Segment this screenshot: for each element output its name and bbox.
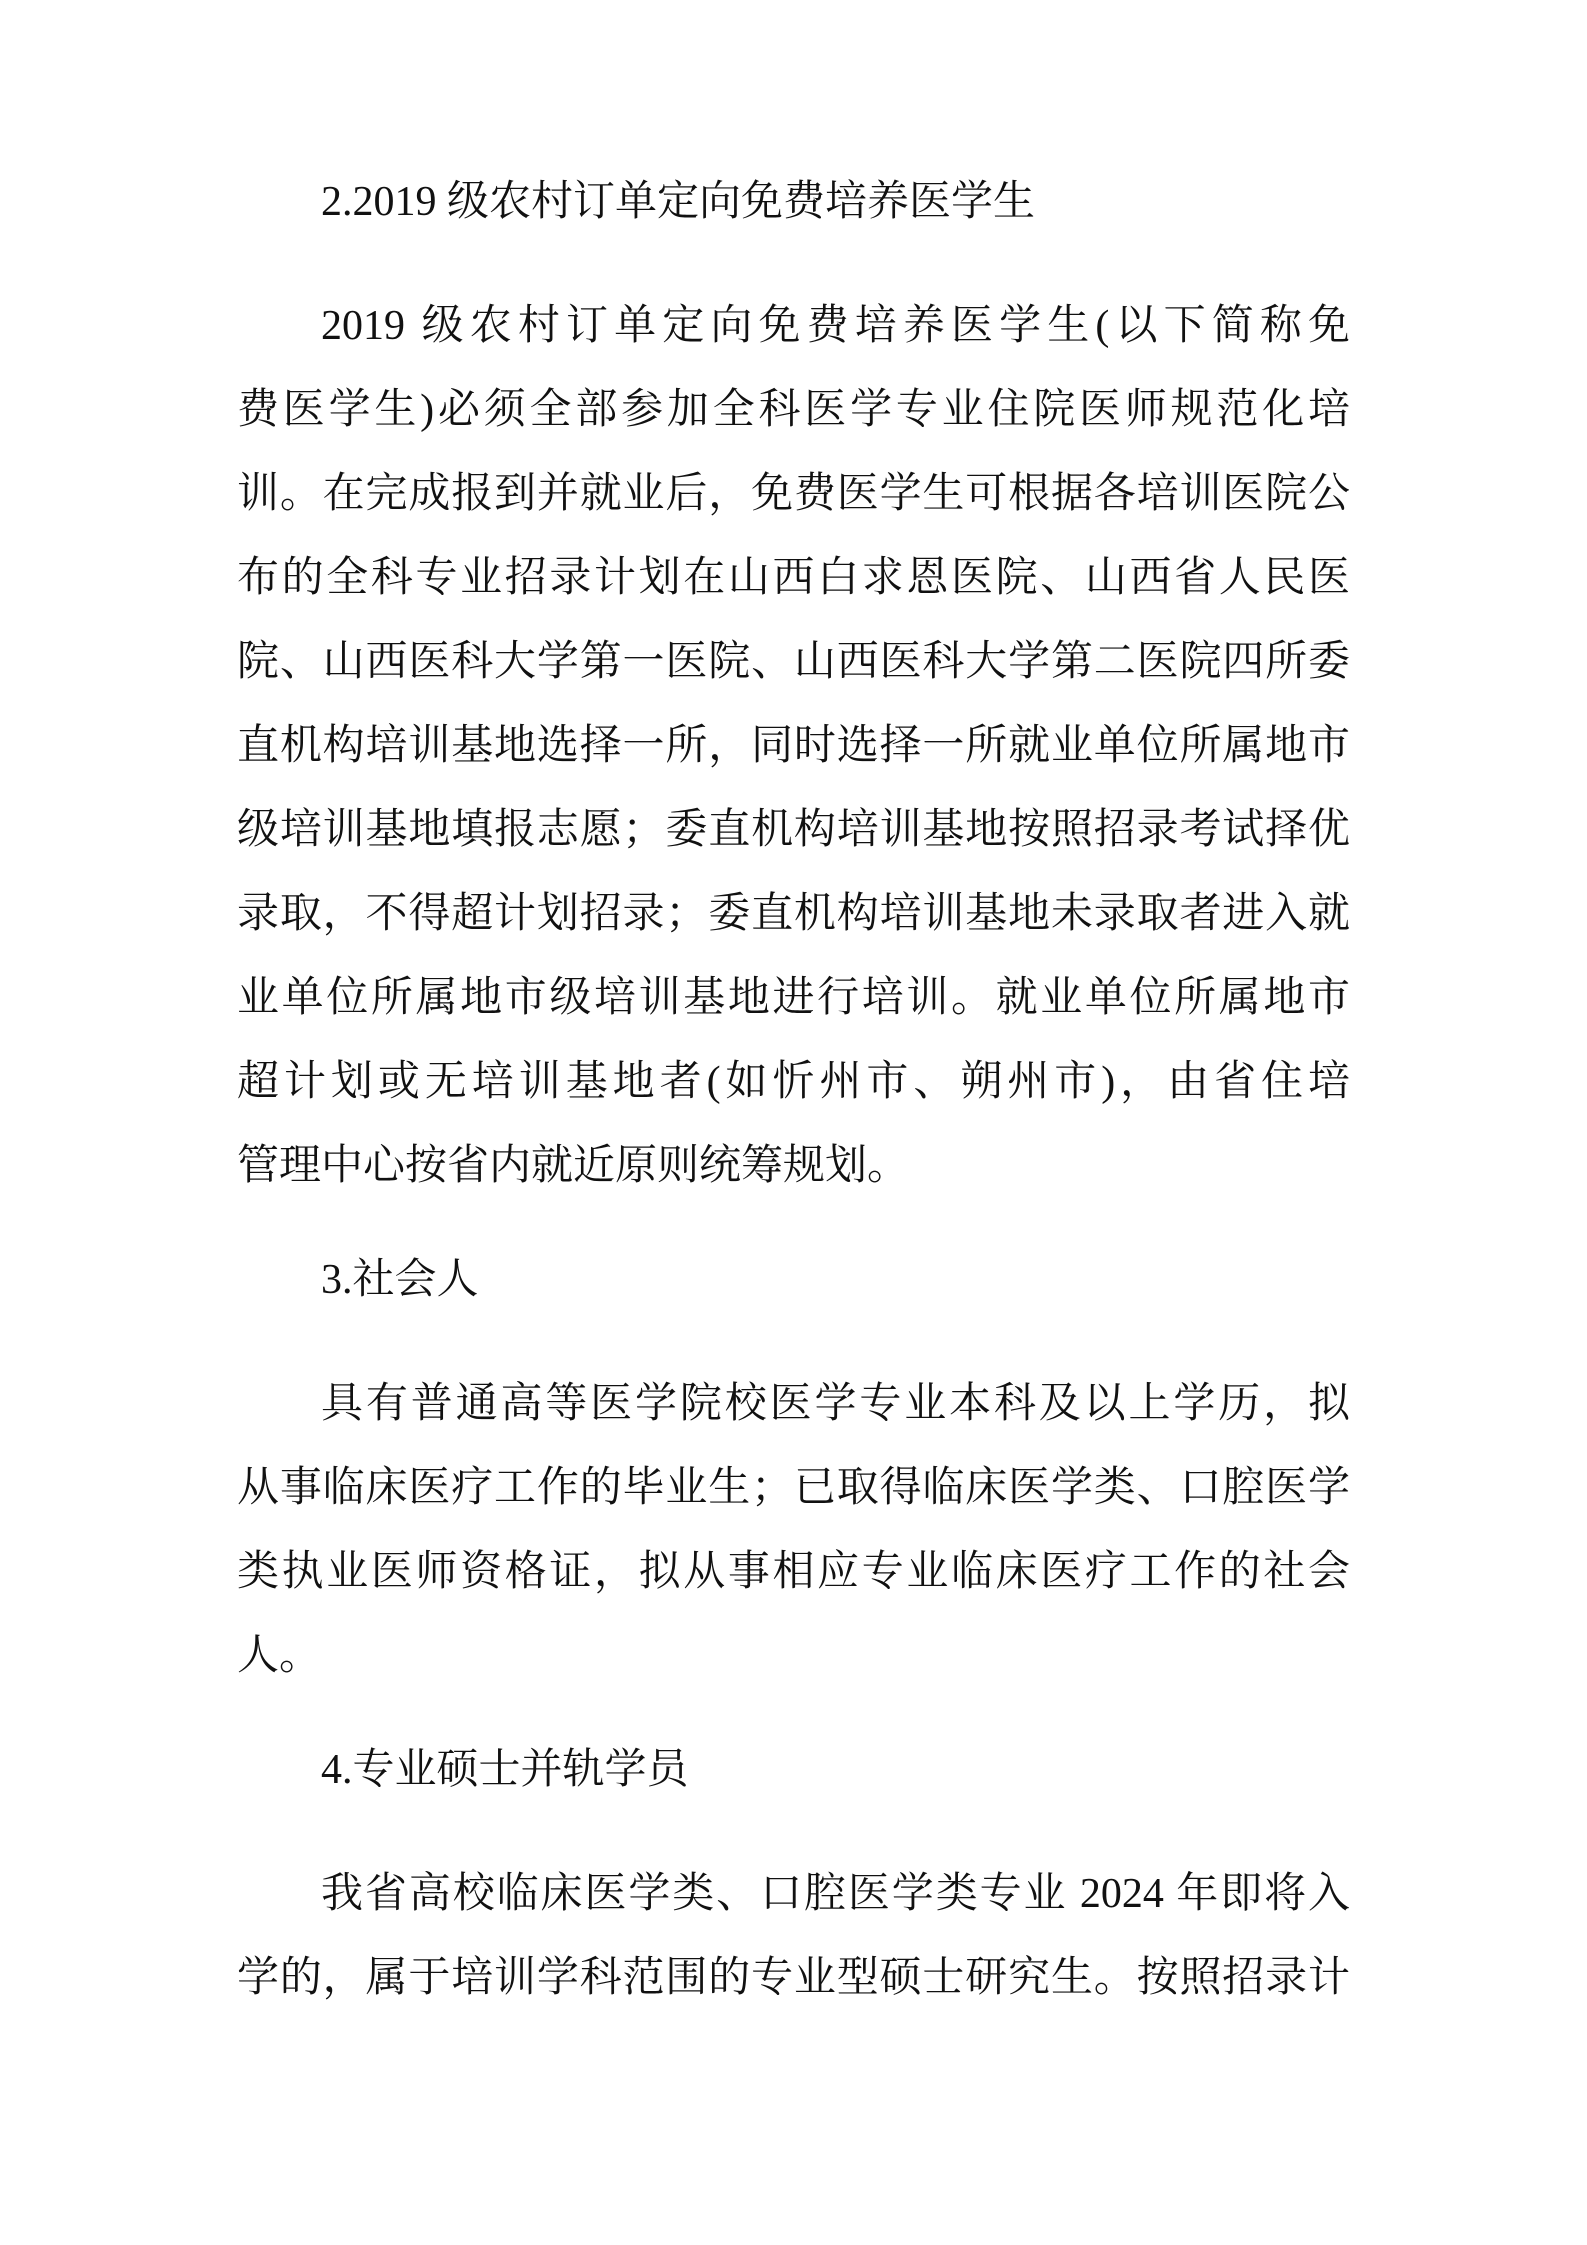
text-line: 级培训基地填报志愿；委直机构培训基地按照招录考试择优 (237, 788, 1350, 872)
text-line: 2019 级农村订单定向免费培养医学生(以下简称免 (237, 284, 1350, 368)
text-line: 院、山西医科大学第一医院、山西医科大学第二医院四所委 (237, 620, 1350, 704)
text-line: 费医学生)必须全部参加全科医学专业住院医师规范化培 (237, 368, 1350, 452)
text-line: 具有普通高等医学院校医学专业本科及以上学历，拟 (237, 1362, 1350, 1446)
section-heading-rural-students: 2.2019 级农村订单定向免费培养医学生 (237, 160, 1350, 244)
page-content: 2.2019 级农村订单定向免费培养医学生 2019 级农村订单定向免费培养医学… (0, 0, 1587, 2020)
text-line: 我省高校临床医学类、口腔医学类专业 2024 年即将入 (237, 1852, 1350, 1936)
paragraph-rural-students: 2019 级农村订单定向免费培养医学生(以下简称免 费医学生)必须全部参加全科医… (237, 284, 1350, 1208)
text-line: 管理中心按省内就近原则统筹规划。 (237, 1124, 1350, 1208)
document-page: 2.2019 级农村订单定向免费培养医学生 2019 级农村订单定向免费培养医学… (0, 0, 1587, 2245)
text-line: 直机构培训基地选择一所，同时选择一所就业单位所属地市 (237, 704, 1350, 788)
section-heading-social-persons: 3.社会人 (237, 1238, 1350, 1322)
text-line: 业单位所属地市级培训基地进行培训。就业单位所属地市 (237, 956, 1350, 1040)
text-line: 训。在完成报到并就业后，免费医学生可根据各培训医院公 (237, 452, 1350, 536)
text-line: 从事临床医疗工作的毕业生；已取得临床医学类、口腔医学 (237, 1446, 1350, 1530)
paragraph-masters-students: 我省高校临床医学类、口腔医学类专业 2024 年即将入 学的，属于培训学科范围的… (237, 1852, 1350, 2020)
text-line: 类执业医师资格证，拟从事相应专业临床医疗工作的社会 (237, 1530, 1350, 1614)
text-line: 录取，不得超计划招录；委直机构培训基地未录取者进入就 (237, 872, 1350, 956)
text-line: 学的，属于培训学科范围的专业型硕士研究生。按照招录计 (237, 1936, 1350, 2020)
text-line: 超计划或无培训基地者(如忻州市、朔州市)，由省住培 (237, 1040, 1350, 1124)
text-line: 布的全科专业招录计划在山西白求恩医院、山西省人民医 (237, 536, 1350, 620)
text-line: 人。 (237, 1614, 1350, 1698)
paragraph-social-persons: 具有普通高等医学院校医学专业本科及以上学历，拟 从事临床医疗工作的毕业生；已取得… (237, 1362, 1350, 1698)
section-heading-masters-students: 4.专业硕士并轨学员 (237, 1728, 1350, 1812)
